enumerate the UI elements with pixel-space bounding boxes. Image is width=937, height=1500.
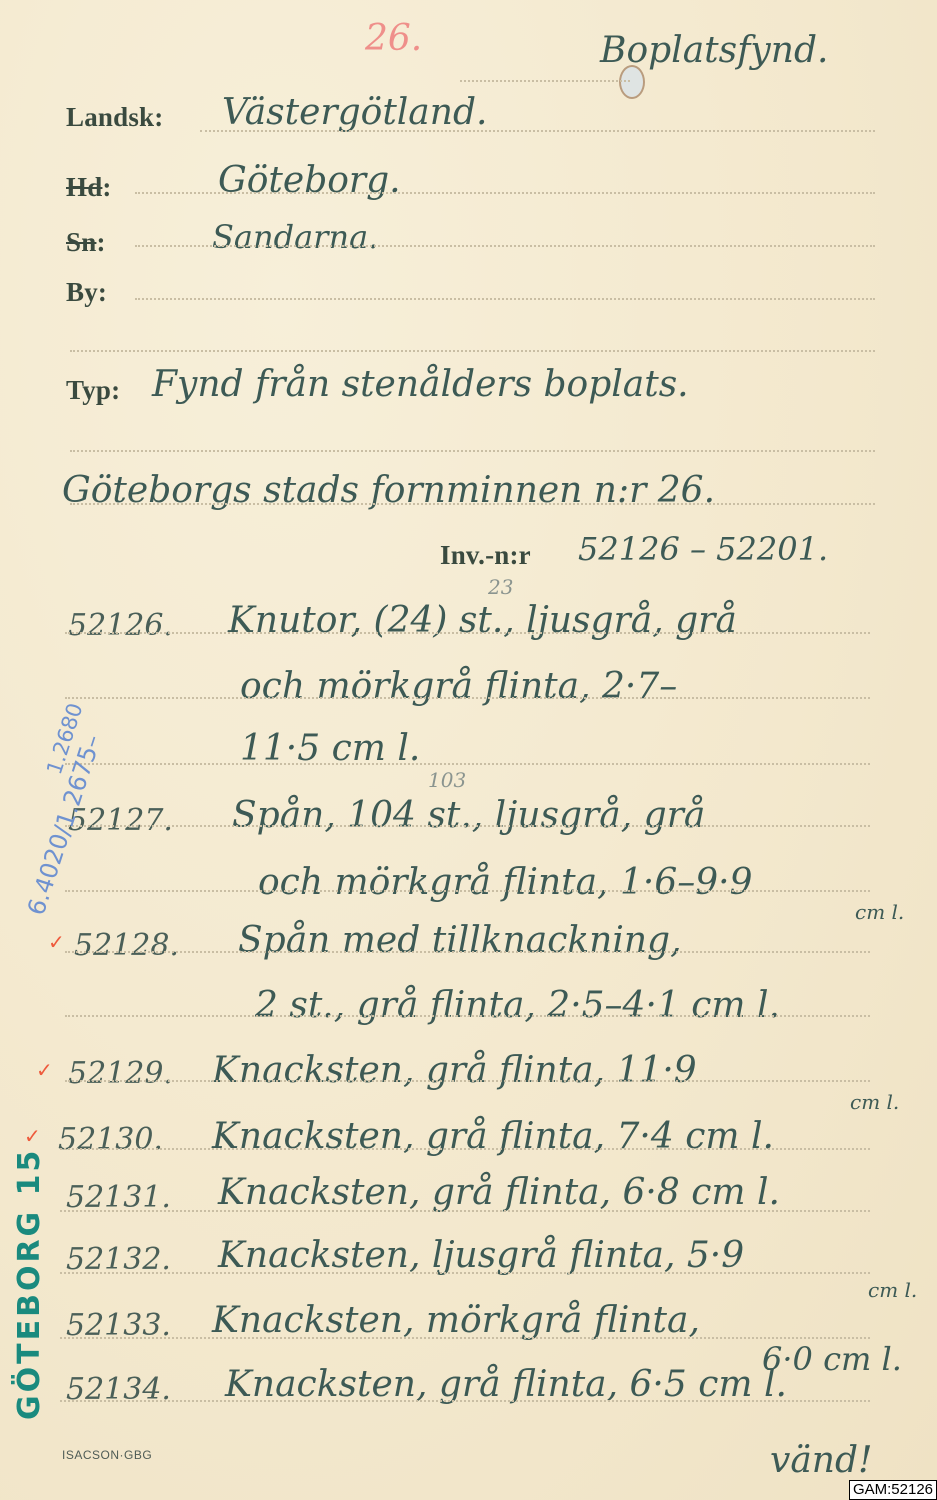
category-title: Boplatsfynd. <box>600 30 828 71</box>
dotted-line <box>65 890 870 892</box>
dotted-line <box>65 632 870 634</box>
entry-number: 52130. <box>58 1122 163 1157</box>
field-label-hd: Hd: <box>66 172 112 203</box>
dotted-line <box>65 1015 870 1017</box>
entry-text: Spån med tillknackning, <box>238 920 682 961</box>
dotted-line <box>200 130 875 132</box>
entry-number: 52126. <box>68 608 173 643</box>
entry-text: Knacksten, grå flinta, 6·8 cm l. <box>218 1172 780 1213</box>
dotted-line <box>60 1272 870 1274</box>
dotted-line <box>60 1400 870 1402</box>
entry-text: cm l. <box>855 900 904 924</box>
entry-text: Knacksten, mörkgrå flinta, <box>212 1300 700 1341</box>
entry-text: Knacksten, ljusgrå flinta, 5·9 <box>218 1235 744 1276</box>
dotted-line <box>60 1337 870 1339</box>
dotted-line <box>60 1148 870 1150</box>
count-correction: 23 <box>488 575 513 599</box>
field-label-by: By: <box>66 277 107 308</box>
museum-stamp: GÖTEBORG 15 <box>12 1148 47 1420</box>
entry-text: Spån, 104 st., ljusgrå, grå <box>232 795 705 836</box>
entry-text: cm l. <box>850 1090 899 1114</box>
red-card-number: 26. <box>365 18 422 59</box>
count-correction: 103 <box>428 768 466 792</box>
check-mark-icon: ✓ <box>36 1058 53 1082</box>
dotted-line <box>135 192 875 194</box>
inv-range: 52126 – 52201. <box>578 530 828 568</box>
typ-value: Fynd från stenålders boplats. <box>152 364 689 405</box>
dotted-line <box>65 1080 870 1082</box>
dotted-line <box>65 951 870 953</box>
field-value-landsk: Västergötland. <box>222 92 487 133</box>
entry-text: Knacksten, grå flinta, 6·5 cm l. <box>225 1364 787 1405</box>
catalog-card: 26. Boplatsfynd. Landsk: Västergötland. … <box>0 0 937 1500</box>
entry-text: och mörkgrå flinta, 1·6–9·9 <box>258 862 753 903</box>
field-value-hd: Göteborg. <box>218 160 401 201</box>
printer-mark: ISACSON·GBG <box>62 1448 152 1462</box>
entry-text: och mörkgrå flinta, 2·7– <box>240 666 677 707</box>
dotted-line <box>65 763 870 765</box>
typ-label: Typ: <box>66 375 120 406</box>
inv-label: Inv.-n:r <box>440 540 531 571</box>
dotted-line <box>460 80 630 82</box>
entry-text: 2 st., grå flinta, 2·5–4·1 cm l. <box>255 985 780 1026</box>
dotted-line <box>70 350 875 352</box>
field-label-landsk: Landsk: <box>66 102 163 133</box>
dotted-line <box>60 1210 870 1212</box>
field-value-sn: Sandarna. <box>212 218 378 256</box>
dotted-line <box>70 503 875 505</box>
field-label-sn: Sn: <box>66 227 106 258</box>
entry-text: Knutor, (24) st., ljusgrå, grå <box>228 600 737 641</box>
entry-number: 52129. <box>68 1056 173 1091</box>
entry-text: Knacksten, grå flinta, 11·9 <box>212 1050 697 1091</box>
entry-text: Knacksten, grå flinta, 7·4 cm l. <box>212 1116 774 1157</box>
dotted-line <box>135 298 875 300</box>
dotted-line <box>65 825 870 827</box>
check-mark-icon: ✓ <box>48 930 65 954</box>
dotted-line <box>70 450 875 452</box>
entry-text: cm l. <box>868 1278 917 1302</box>
entry-number: 52128. <box>74 928 179 963</box>
dotted-line <box>65 697 870 699</box>
turn-over-note: vänd! <box>770 1440 873 1481</box>
archive-id-label: GAM:52126 <box>849 1480 937 1500</box>
dotted-line <box>135 245 875 247</box>
check-mark-icon: ✓ <box>24 1124 41 1148</box>
